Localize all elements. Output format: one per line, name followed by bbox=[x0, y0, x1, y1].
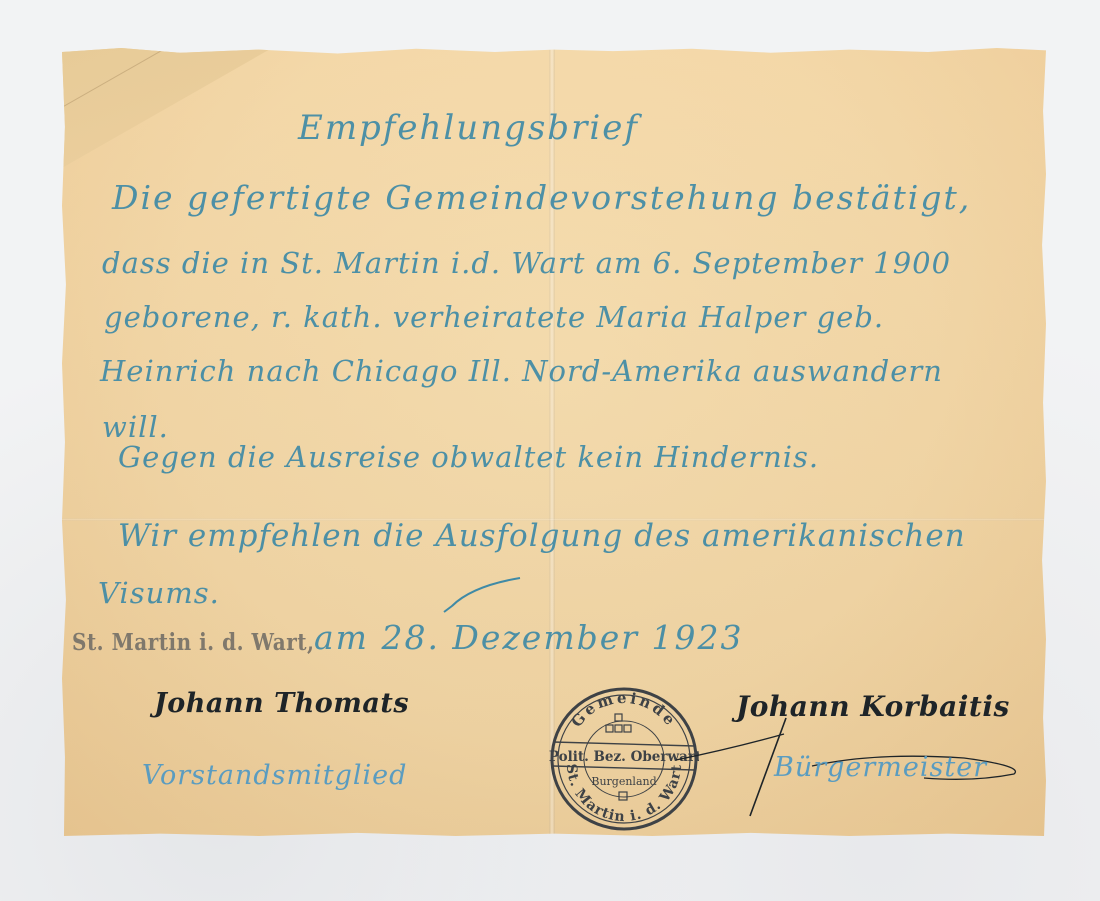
letter-date: am 28. Dezember 1923 bbox=[314, 618, 744, 657]
letter-paper: Empfehlungsbrief Die gefertigte Gemeinde… bbox=[62, 48, 1046, 836]
body-line-6: Gegen die Ausreise obwaltet kein Hindern… bbox=[118, 440, 819, 474]
body-line-2: dass die in St. Martin i.d. Wart am 6. S… bbox=[102, 246, 951, 280]
body-line-5: will. bbox=[102, 410, 169, 444]
signature-left: Johann Thomats bbox=[154, 688, 409, 719]
signature-right: Johann Korbaitis bbox=[736, 690, 1010, 723]
svg-text:Burgenland: Burgenland bbox=[591, 775, 656, 788]
folded-corner bbox=[62, 48, 272, 168]
signature-left-role: Vorstandsmitglied bbox=[142, 760, 407, 791]
signature-right-role: Bürgermeister bbox=[774, 752, 987, 783]
body-line-1: Die gefertigte Gemeindevorstehung bestät… bbox=[112, 178, 971, 217]
place-stamp: St. Martin i. d. Wart, bbox=[72, 628, 314, 656]
body-line-4: Heinrich nach Chicago Ill. Nord-Amerika … bbox=[100, 354, 943, 388]
checkmark-mark bbox=[442, 576, 522, 616]
body-line-3: geborene, r. kath. verheiratete Maria Ha… bbox=[104, 300, 884, 334]
body-line-8: Visums. bbox=[98, 576, 220, 610]
body-line-7: Wir empfehlen die Ausfolgung des amerika… bbox=[118, 518, 966, 554]
letter-title: Empfehlungsbrief bbox=[298, 108, 639, 148]
